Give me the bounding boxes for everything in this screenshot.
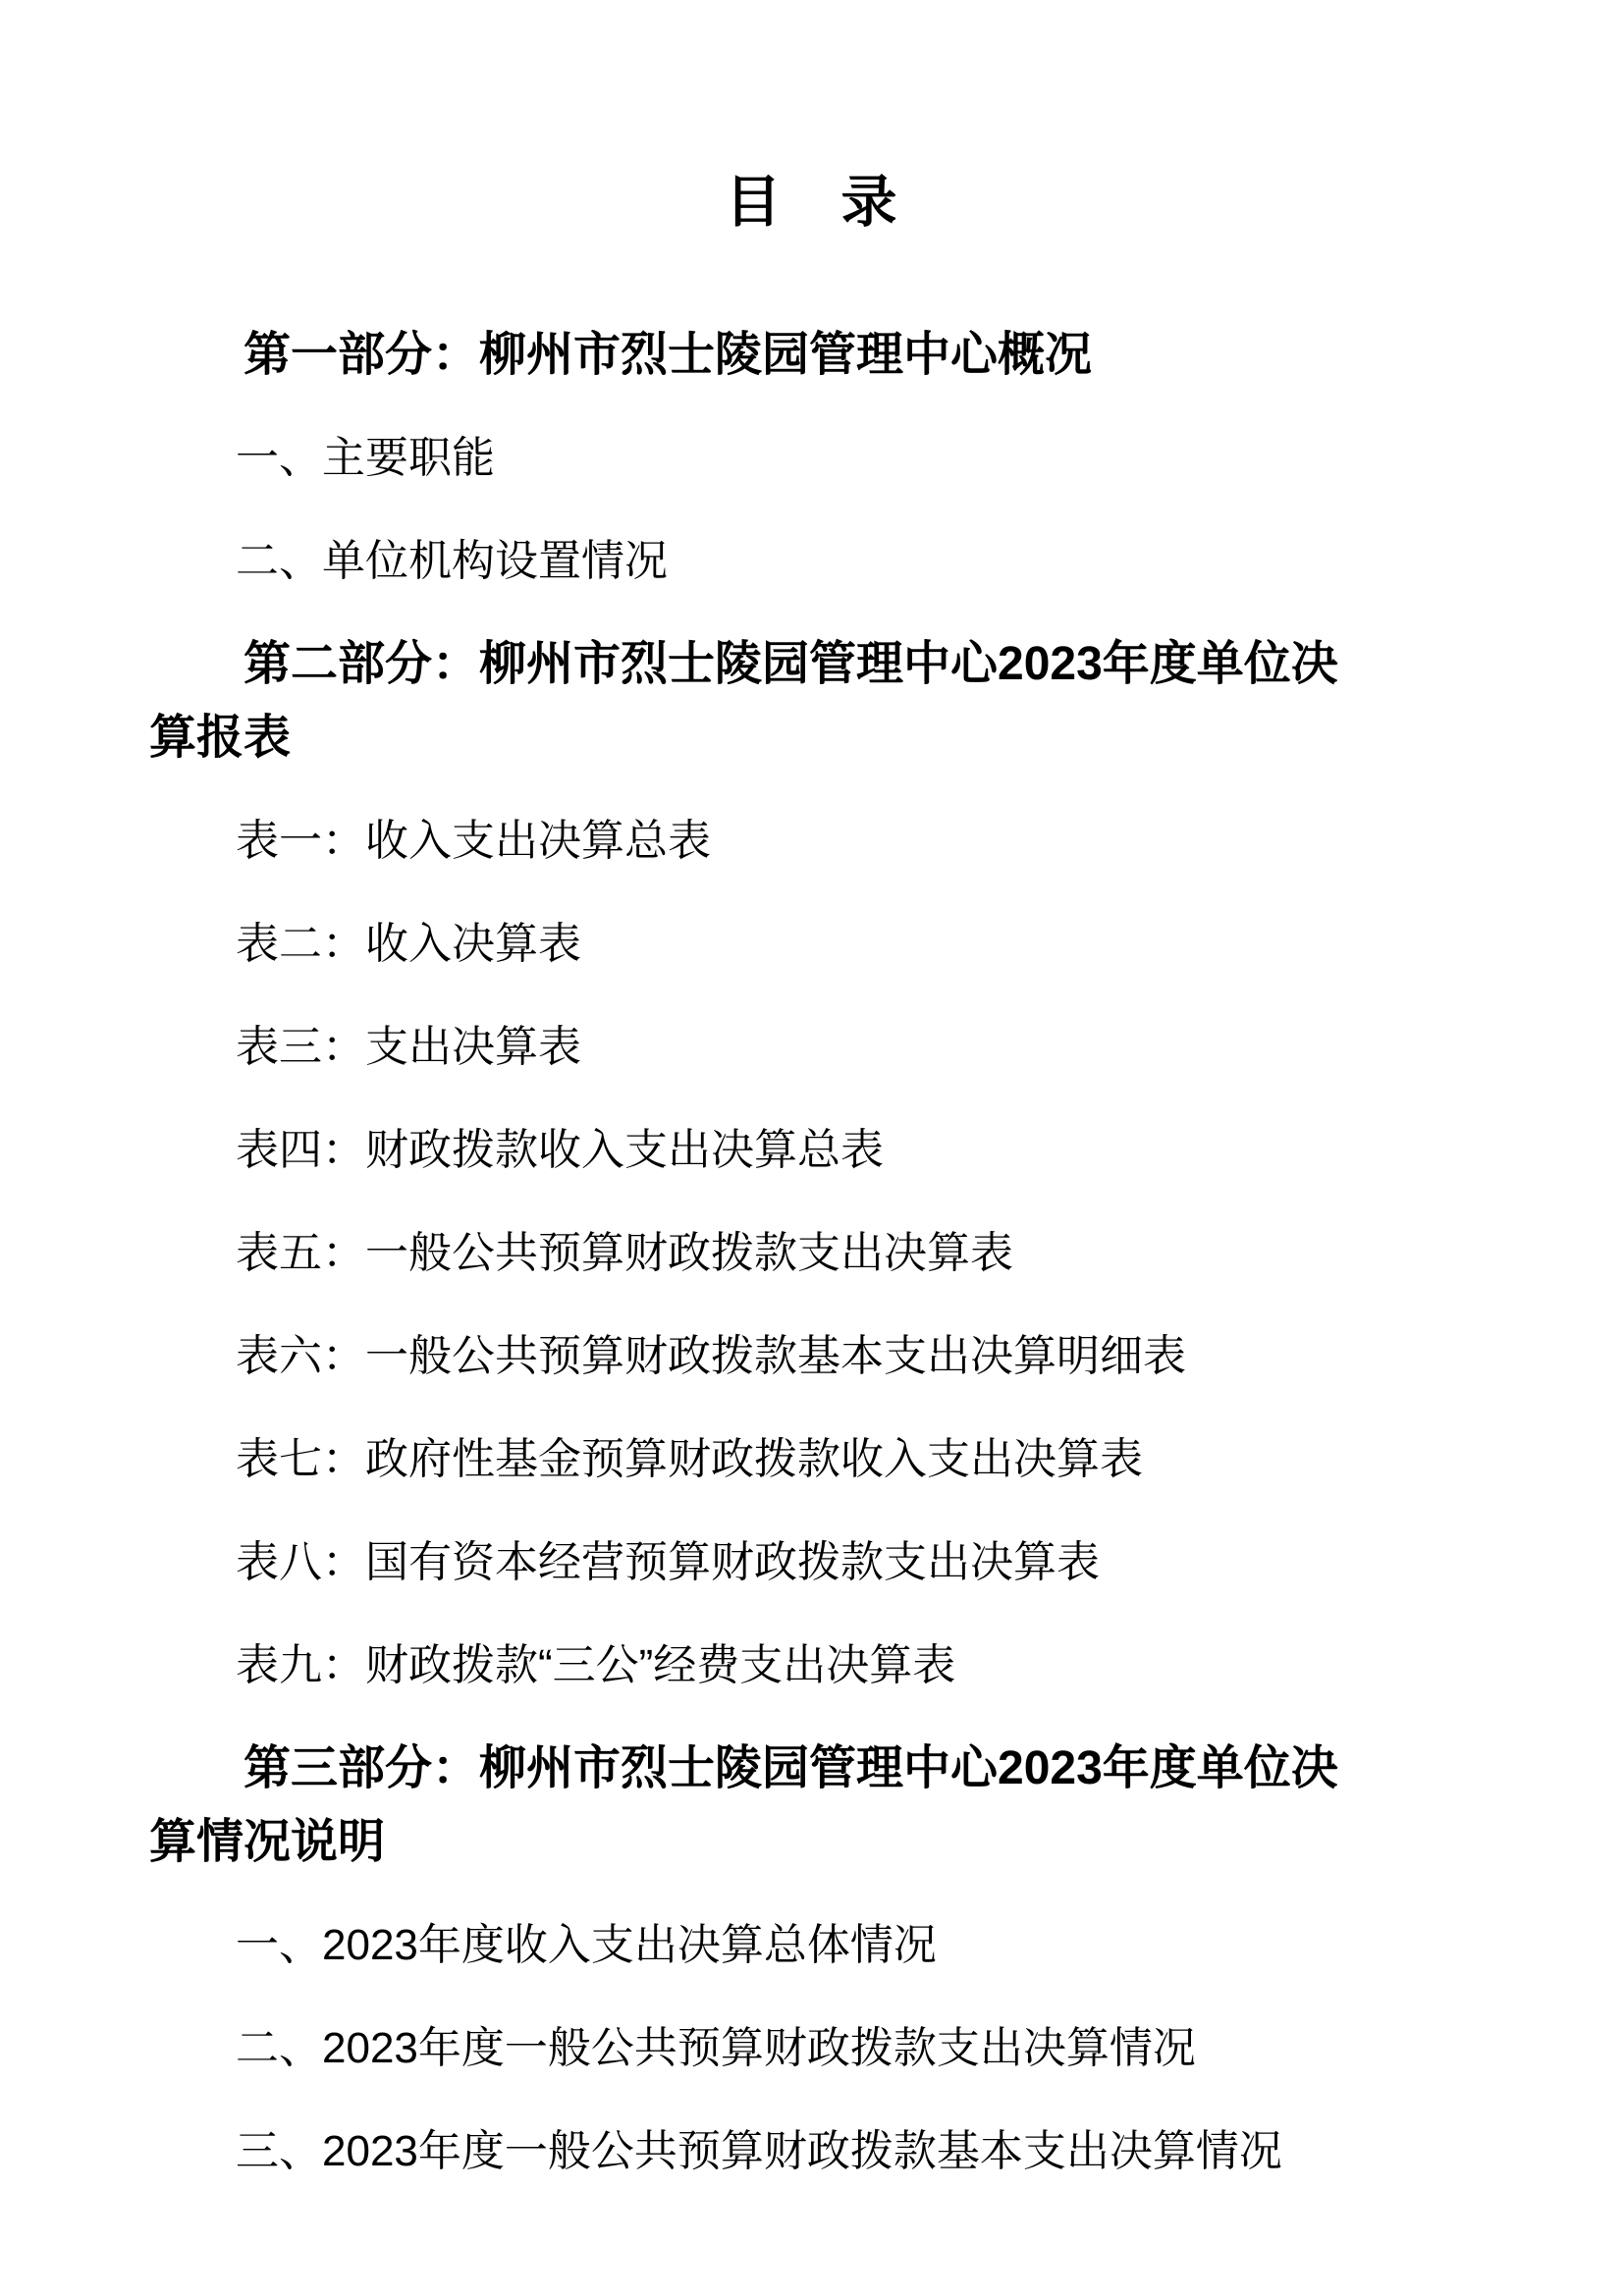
toc-item: 表五：一般公共预算财政拨款支出决算表 [149,1216,1357,1290]
toc-item: 表二：收入决算表 [149,907,1357,981]
toc-item: 二、单位机构设置情况 [149,524,1357,598]
toc-item: 表七：政府性基金预算财政拨款收入支出决算表 [149,1422,1357,1496]
toc-part-heading: 第一部分：柳州市烈士陵园管理中心概况 [149,318,1357,392]
toc-item: 表九：财政拨款“三公”经费支出决算表 [149,1629,1357,1702]
toc-item: 一、2023年度收入支出决算总体情况 [149,1908,1357,1982]
toc-item: 表六：一般公共预算财政拨款基本支出决算明细表 [149,1319,1357,1393]
toc-item: 二、2023年度一般公共预算财政拨款支出决算情况 [149,2011,1357,2085]
toc-item: 一、主要职能 [149,421,1357,495]
toc-part-heading: 第三部分：柳州市烈士陵园管理中心2023年度单位决算情况说明 [149,1732,1357,1879]
toc-item: 表八：国有资本经营预算财政拨款支出决算表 [149,1525,1357,1599]
toc-item: 表四：财政拨款收入支出决算总表 [149,1113,1357,1187]
toc-item: 表一：收入支出决算总表 [149,804,1357,878]
toc-item: 三、2023年度一般公共预算财政拨款基本支出决算情况 [149,2114,1357,2188]
page-title: 目 录 [149,157,1475,238]
document-page: 目 录 第一部分：柳州市烈士陵园管理中心概况 一、主要职能 二、单位机构设置情况… [149,157,1357,2217]
toc-item: 表三：支出决算表 [149,1010,1357,1084]
table-of-contents: 第一部分：柳州市烈士陵园管理中心概况 一、主要职能 二、单位机构设置情况 第二部… [149,318,1357,2188]
toc-part-heading: 第二部分：柳州市烈士陵园管理中心2023年度单位决算报表 [149,627,1357,774]
